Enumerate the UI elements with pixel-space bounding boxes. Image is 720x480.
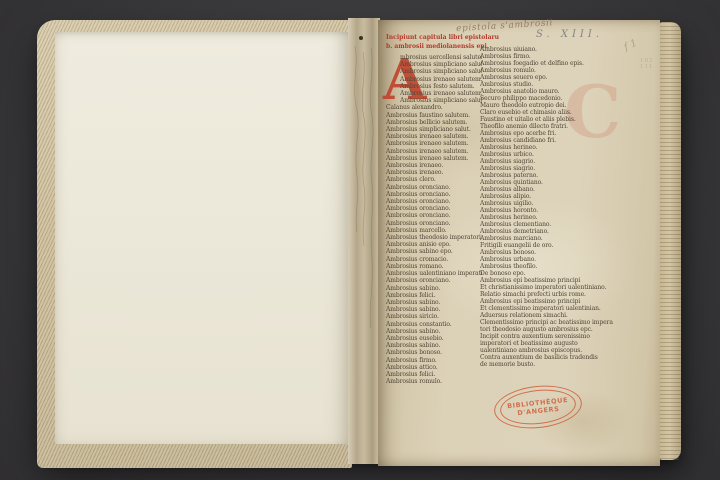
capitulum-line: Ambrosius albano. [480,186,652,193]
capitulum-line: imperatori et beatissimo augusto [480,340,652,347]
rubric-line-1: Incipiunt capitula libri epistolaru [386,34,482,43]
capitulum-line: Clementissimo principi ac beatissimo imp… [480,319,652,326]
capitulum-line: Ambrosius seuero epo. [480,74,652,81]
capitulum-line: Ambrosius felici. [386,292,482,299]
capitulum-line: Contra auxentium de basilicis tradendis [480,354,652,361]
capitulum-line: Ambrosius romulo. [386,378,482,385]
capitulum-line: Ambrosius ualentiniano imperatori. [386,270,482,277]
capitulum-line: Ambrosius eusebio. [386,335,482,342]
capitulum-line: Incipit contra auxentium serenissimo [480,333,652,340]
capitulum-line: Ambrosius irenaeo salutem. [400,90,482,97]
capitulum-line: Ambrosius oronciano. [386,205,482,212]
capitulum-line: Ambrosius paterno. [480,172,652,179]
gutter-annotations-scrawl [348,18,380,464]
capitulum-line: Ambrosius sabino. [386,328,482,335]
capitulum-line: Mauro theodolo eutropio dei. [480,102,652,109]
capitulum-line: Ambrosius faustino salutem. [386,112,482,119]
capitulum-line: Ambrosius irenaeo salutem. [400,76,482,83]
capitulum-line: Ambrosius urbano. [480,256,652,263]
capitulum-line: Ambrosius urbico. [480,151,652,158]
capitulum-line: Ambrosius studio. [480,81,652,88]
capitulum-line: Ambrosius clero. [386,176,482,183]
capitulum-line: Ambrosius bonoso. [386,349,482,356]
capitulum-line: Et christianissimo imperatori ualentinia… [480,284,652,291]
shelfmark-annotation: S. XIII. [536,29,603,40]
capitulum-line: Ambrosius romulo. [480,67,652,74]
capitulum-line: Ambrosius epo acerbe fri. [480,130,652,137]
capitulum-line: Ambrosius siricio. [386,313,482,320]
capitulum-line: Ambrosius siagrio. [480,158,652,165]
capitulum-line: Ambrosius romano. [386,263,482,270]
capitulum-line: Ambrosius siagrio. [480,165,652,172]
capitulum-line: Ambrosius irenaeo salutem. [386,133,482,140]
capitulum-line: Ambrosius uigilio. [480,200,652,207]
capitulum-line: Ambrosius herineo. [480,144,652,151]
capitulum-line: Ambrosius oronciano. [386,184,482,191]
capitulum-line: Ambrosius bellicio salutem. [386,119,482,126]
capitulum-line: Ambrosius epi beatissimo principi [480,298,652,305]
capitulum-line: Ambrosius marcello. [386,227,482,234]
capitulum-line: Claro eusebio et chimasio aliis. [480,109,652,116]
capitulum-line: Ambrosius sabino. [386,299,482,306]
capitulum-line: Ambrosius alipio. [480,193,652,200]
capitulum-line: Ambrosius theofilo. [480,263,652,270]
capitulum-line: Ambrosius sabino. [386,285,482,292]
capitulum-line: Ambrosius irenaeo salutem. [386,155,482,162]
capitulum-line: Ambrosius oronciano. [386,212,482,219]
capitulum-line: Ambrosius irenaeo. [386,162,482,169]
blank-left-page [55,32,352,444]
library-stamp: BIBLIOTHÈQUE D'ANGERS [492,382,584,433]
capitulum-line: Ambrosius simpliciano salutem. [400,68,482,75]
capitulum-line: Ambrosius felici. [386,371,482,378]
capitulum-line: Ambrosius attico. [386,364,482,371]
capitulum-line: Calanus alexandro. [386,104,482,111]
capitulum-line: Ambrosius simpliciano salut. [386,126,482,133]
capitulum-line: De bonoso epo. [480,270,652,277]
capitulum-line: de memorie busto. [480,361,652,368]
capitulum-line: Ambrosius sabino. [386,306,482,313]
capitulum-line: Faustino et uitalio et aliis plebis. [480,116,652,123]
capitulum-line: Ambrosius constantio. [386,321,482,328]
capitulum-line: Ambrosius oronciano. [386,277,482,284]
capitulum-line: Ambrosius anatolio mauro. [480,88,652,95]
capitula-column-1: Incipiunt capitula libri epistolaru b. a… [386,34,482,385]
capitulum-line: Ambrosius irenaeo. [386,169,482,176]
capitulum-line: Ambrosius oronciano. [386,220,482,227]
capitulum-line: Ambrosius oronciano. [386,198,482,205]
capitulum-line: Ambrosius sabino. [386,342,482,349]
capitulum-line: Ambrosius marciano. [480,235,652,242]
capitulum-line: Ambrosius firmo. [480,53,652,60]
capitulum-line: Ambrosius foegadio et delfino epis. [480,60,652,67]
capitulum-line: Ambrosius demetriano. [480,228,652,235]
capitulum-line: Ambrosius epi beatissimo principi [480,277,652,284]
capitulum-line: Ambrosius simpliciano salutem. [400,61,482,68]
capitulum-line: tori theodosio augusto ambrosius epc. [480,326,652,333]
ink-spot [359,36,363,40]
capitulum-line: Theofilo anemio dilecto fratri. [480,123,652,130]
capitula-column-2: Ambrosius uiuiano.Ambrosius firmo.Ambros… [480,46,652,368]
capitulum-line: Aduersus relationem simachi. [480,312,652,319]
capitula-list-2: Ambrosius uiuiano.Ambrosius firmo.Ambros… [480,46,652,368]
page-edges-right [660,22,681,460]
capitulum-line: Securo philippo macedonio. [480,95,652,102]
book-gutter [348,18,380,464]
capitulum-line: Relatio simachi prefecti urbis rome. [480,291,652,298]
capitulum-line: Ambrosius horonto. [480,207,652,214]
manuscript-page: epistola s'ambrosii S. XIII. f 1 102 111… [378,20,660,466]
capitulum-line: Ambrosius festo salutem. [400,83,482,90]
capitulum-line: Ambrosius simpliciano salutem. [400,97,482,104]
capitulum-line: Ambrosius quintiano. [480,179,652,186]
open-book: epistola s'ambrosii S. XIII. f 1 102 111… [37,16,681,456]
capitulum-line: ualentiniano ambrosius episcopus. [480,347,652,354]
capitulum-line: mbrosius uercellensi salutem. [400,54,482,61]
capitulum-line: Ambrosius clementiano. [480,221,652,228]
capitulum-line: Ambrosius herineo. [480,214,652,221]
capitulum-line: Ambrosius firmo. [386,357,482,364]
capitulum-line: Ambrosius anisio epo. [386,241,482,248]
capitulum-line: Ambrosius oronciano. [386,191,482,198]
capitulum-line: Et clementissimo imperatori ualentinian. [480,305,652,312]
capitula-list-1: mbrosius uercellensi salutem.Ambrosius s… [386,54,482,385]
capitulum-line: Ambrosius bonoso. [480,249,652,256]
capitulum-line: Ambrosius uiuiano. [480,46,652,53]
capitulum-line: Ambrosius irenaeo salutem. [386,140,482,147]
capitulum-line: Ambrosius cromacio. [386,256,482,263]
capitulum-line: Fritigili euangelii de oro. [480,242,652,249]
capitulum-line: Ambrosius candidiano fri. [480,137,652,144]
capitulum-line: Ambrosius irenaeo salutem. [386,148,482,155]
capitulum-line: Ambrosius theodosio imperatori. [386,234,482,241]
capitulum-line: Ambrosius sabino epo. [386,248,482,255]
